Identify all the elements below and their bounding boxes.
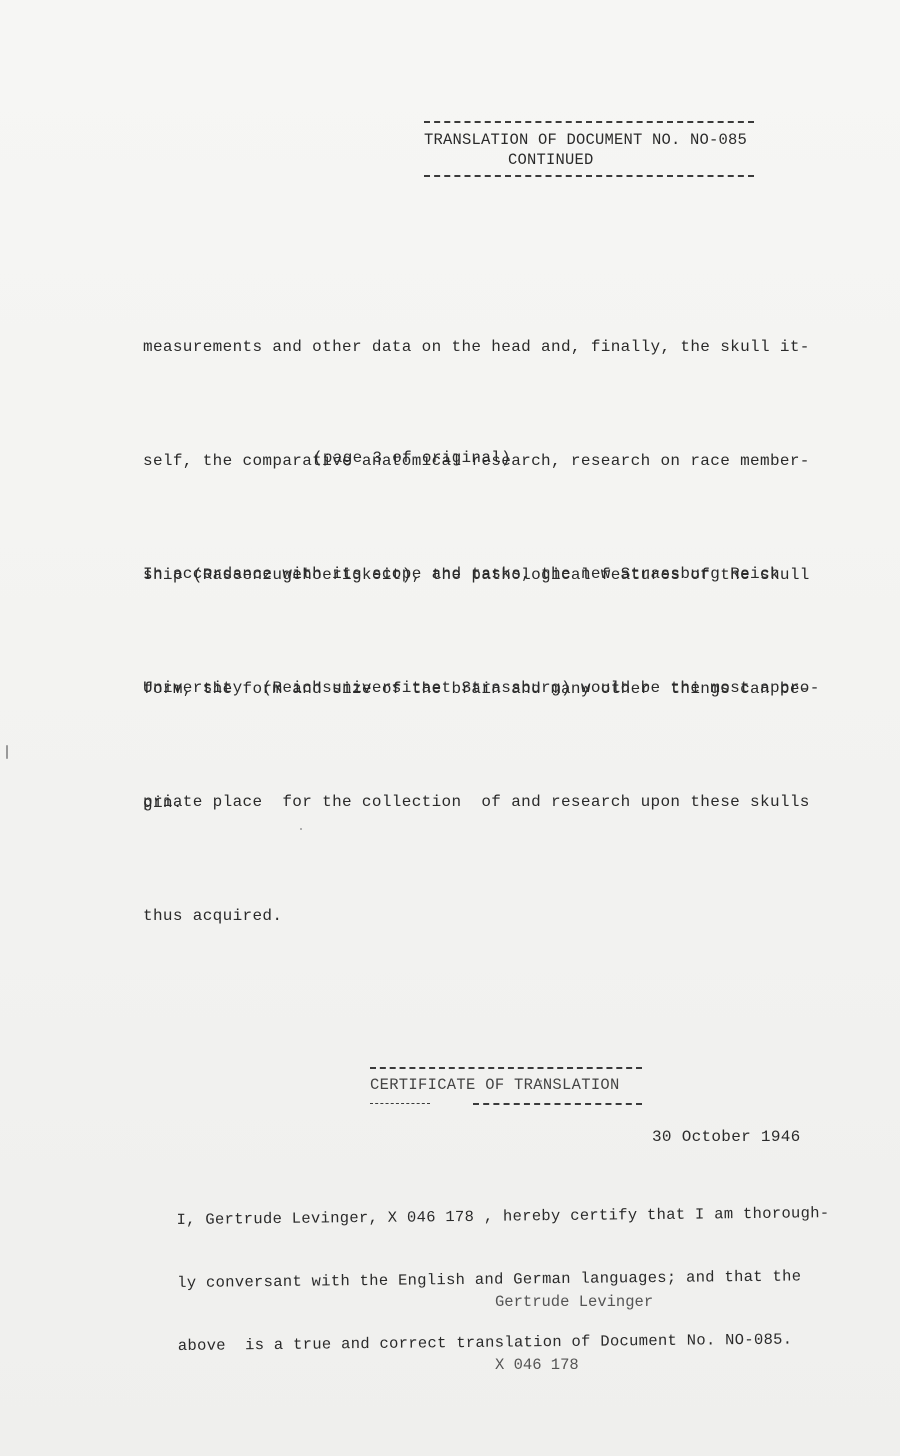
- signature-id: X 046 178: [495, 1355, 653, 1376]
- document-page: TRANSLATION OF DOCUMENT NO. NO-085 CONTI…: [0, 0, 900, 1456]
- paper-speck: [300, 828, 302, 830]
- page-reference-note: (page 3 of original): [313, 449, 511, 467]
- text-line: measurements and other data on the head …: [143, 328, 783, 366]
- translator-signature: Gertrude Levinger X 046 178: [495, 1250, 653, 1418]
- text-line: priate place for the collection of and r…: [143, 783, 783, 821]
- certificate-bottom-rule-left: [370, 1103, 430, 1104]
- signature-name: Gertrude Levinger: [495, 1292, 653, 1313]
- text-line: University (Reichsuniversitaet Strassbur…: [143, 669, 783, 707]
- header-subtitle: CONTINUED: [424, 151, 754, 169]
- certificate-top-rule: [370, 1067, 642, 1069]
- certificate-title: CERTIFICATE OF TRANSLATION: [370, 1076, 620, 1094]
- text-line: I, Gertrude Levinger, X 046 178 , hereby…: [176, 1203, 826, 1231]
- paper-speck: [6, 745, 8, 759]
- document-header: TRANSLATION OF DOCUMENT NO. NO-085 CONTI…: [424, 131, 754, 169]
- header-top-rule: [424, 121, 754, 123]
- text-line: thus acquired.: [143, 897, 783, 935]
- certificate-date: 30 October 1946: [652, 1128, 801, 1146]
- certificate-bottom-rule-right: [473, 1103, 642, 1105]
- header-bottom-rule: [424, 175, 754, 177]
- header-title: TRANSLATION OF DOCUMENT NO. NO-085: [424, 131, 754, 149]
- paragraph-2: In accordance with its scope and tasks, …: [143, 479, 783, 1011]
- text-line: In accordance with its scope and tasks, …: [143, 555, 783, 593]
- paper-speck: [540, 1080, 542, 1082]
